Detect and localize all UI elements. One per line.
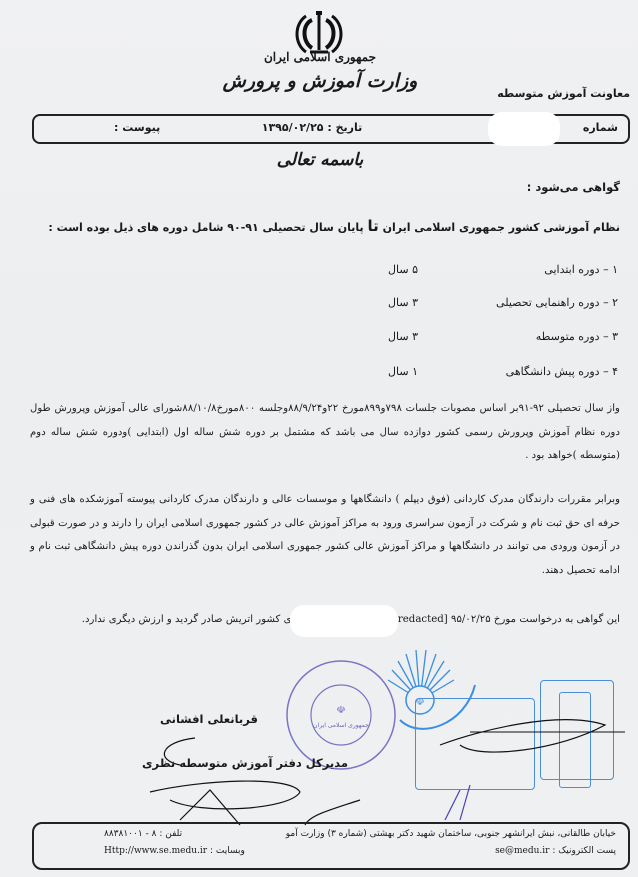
period-item: ۳ – دوره متوسطه ۳ سال <box>388 330 618 346</box>
phone-value: ۸ - ۸۸۳۸۱۰۰۱ <box>104 829 157 839</box>
signature-scribble <box>140 720 320 834</box>
period-item: ۱ – دوره ابتدایی ۵ سال <box>388 263 618 279</box>
signer-title: مدیرکل دفتر آموزش متوسطه نظری <box>142 756 348 770</box>
bismillah-heading: باسمه تعالی <box>260 150 380 170</box>
intro-part2: پایان سال تحصیلی ۹۱-۹۰ شامل دوره های ذیل… <box>48 221 363 234</box>
certify-heading: گواهی می‌شود : <box>527 180 620 194</box>
period-label: ۱ – دوره ابتدایی <box>544 263 618 276</box>
period-label: ۲ – دوره راهنمایی تحصیلی <box>496 296 618 309</box>
period-item: ۲ – دوره راهنمایی تحصیلی ۳ سال <box>388 296 618 312</box>
redacted-number <box>488 112 560 146</box>
website-label: وبسایت : <box>210 846 245 856</box>
letter-page: جمهوری اسلامی ایران وزارت آموزش و پرورش … <box>0 0 638 877</box>
date-field: تاریخ : ۱۳۹۵/۰۲/۲۵ <box>232 121 392 134</box>
intro-emphasis: تا <box>367 217 378 235</box>
number-label: شماره <box>583 121 618 134</box>
email-link[interactable]: se@medu.ir <box>495 846 549 856</box>
footer-contact-box: خیابان طالقانی، نبش ایرانشهر جنوبی، ساخت… <box>32 822 630 870</box>
period-item: ۴ – دوره پیش دانشگاهی ۱ سال <box>388 365 618 381</box>
redacted-requester <box>290 605 398 637</box>
ministry-title: وزارت آموزش و پرورش <box>220 70 420 92</box>
period-years: ۱ سال <box>388 365 418 378</box>
period-years: ۵ سال <box>388 263 418 276</box>
period-label: ۳ – دوره متوسطه <box>536 330 618 343</box>
period-years: ۳ سال <box>388 330 418 343</box>
paragraph-regulations: وبرابر مقررات دارندگان مدرک کاردانی (فوق… <box>30 488 620 582</box>
svg-text:جمهوری اسلامی ایران: جمهوری اسلامی ایران <box>313 722 369 729</box>
period-years: ۳ سال <box>388 296 418 309</box>
attachment-label: پیوست : <box>114 121 160 134</box>
signer-name: قربانعلی افشانی <box>160 712 258 726</box>
intro-sentence: نظام آموزشی کشور جمهوری اسلامی ایران تا … <box>48 217 620 235</box>
republic-title: جمهوری اسلامی ایران <box>250 50 390 64</box>
intro-part1: نظام آموزشی کشور جمهوری اسلامی ایران <box>383 221 620 234</box>
phone-label: تلفن : <box>159 829 182 839</box>
date-value: ۱۳۹۵/۰۲/۲۵ <box>262 121 324 134</box>
paragraph-system-change: واز سال تحصیلی ۹۲-۹۱بر اساس مصوبات جلسات… <box>30 397 620 468</box>
svg-text:☫: ☫ <box>337 705 346 716</box>
period-label: ۴ – دوره پیش دانشگاهی <box>506 365 618 378</box>
footer-address: خیابان طالقانی، نبش ایرانشهر جنوبی، ساخت… <box>286 829 616 839</box>
website-link[interactable]: Http://www.se.medu.ir <box>104 846 207 856</box>
signature-right <box>440 690 630 824</box>
email-label: پست الکترونیک : <box>552 846 616 856</box>
footer-phone: تلفن : ۸ - ۸۸۳۸۱۰۰۱ <box>104 829 182 839</box>
letter-info-box: شماره تاریخ : ۱۳۹۵/۰۲/۲۵ پیوست : <box>32 114 630 144</box>
footer-email: پست الکترونیک : se@medu.ir <box>495 846 616 856</box>
footer-website: وبسایت : Http://www.se.medu.ir <box>104 846 245 856</box>
deputy-title: معاونت آموزش متوسطه <box>497 87 630 100</box>
date-label: تاریخ : <box>327 121 362 134</box>
